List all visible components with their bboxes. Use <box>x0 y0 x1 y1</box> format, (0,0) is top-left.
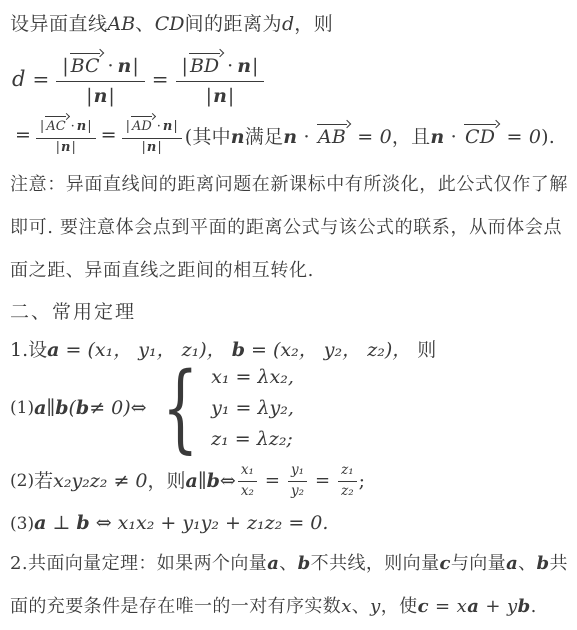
condition-close: ). <box>541 126 555 148</box>
dot-operator: · <box>297 126 316 148</box>
distance-var: d <box>282 13 294 35</box>
scalar-x: x <box>341 596 352 617</box>
ratio-z: z₁z₂ <box>338 462 357 501</box>
abs-bar: | <box>228 85 234 107</box>
thm2-text: ，使 <box>381 596 418 617</box>
abs-bar: | <box>62 54 68 79</box>
thm2-separator: 、 <box>352 596 370 617</box>
system-equation-z: z₁ = λz₂; <box>211 427 294 451</box>
intro-separator: 、 <box>135 13 155 35</box>
note-line-2: 即可. 要注意体会点到平面的距离公式与该公式的联系，从而体会点 <box>10 206 569 249</box>
ratio-x: x₁x₂ <box>238 462 257 501</box>
condition-text-2: ，且 <box>392 126 430 148</box>
vector-b: b <box>55 396 68 421</box>
abs-bar: | <box>86 85 92 107</box>
ratio-x-den: x₂ <box>241 482 254 501</box>
vector-ab: AB <box>317 122 350 147</box>
vector-a: a <box>34 396 46 421</box>
parallel-condition-system: (1)a ∥ b(b ≠ 0) ⇔ { x₁ = λx₂, y₁ = λy₂, … <box>10 364 569 451</box>
ratio-x-num: x₁ <box>238 462 257 483</box>
d-variable: d <box>12 66 25 93</box>
vector-a: a <box>506 553 518 574</box>
vector-c: c <box>439 553 450 574</box>
vector-ad: AD <box>131 115 155 133</box>
normal-vector-n: n <box>94 85 108 107</box>
condition-text-1: 满足 <box>245 126 283 148</box>
equals-sign: = <box>101 123 117 148</box>
line-ab-label: AB <box>108 13 136 35</box>
intro-line: 设异面直线AB、CD间的距离为d，则 <box>10 12 569 37</box>
item2-label: (2) <box>10 470 34 492</box>
normal-vector-n: n <box>61 140 70 155</box>
parallel-sign: ∥ <box>198 469 207 494</box>
thm2-text: 共 <box>550 553 568 574</box>
fraction-bc: |BC·n| |n| <box>56 50 145 109</box>
vector-a: a <box>47 339 59 361</box>
abs-bar: | <box>132 54 138 79</box>
item2-then: ，则 <box>148 469 186 494</box>
condition-open: (其中 <box>185 126 231 148</box>
item3-label: (3) <box>10 514 34 534</box>
distance-formula-row-2: = |AC·n| |n| = |AD·n| |n| (其中n满足n · AB =… <box>10 114 569 157</box>
normal-vector-n: n <box>213 85 227 107</box>
abs-bar: | <box>56 140 60 155</box>
formula-condition: (其中n满足n · AB = 0，且n · CD = 0). <box>185 122 555 150</box>
vector-cd: CD <box>464 122 499 147</box>
vector-a: a <box>267 553 279 574</box>
intro-text-1: 设异面直线 <box>10 13 108 35</box>
vector-b: b <box>76 396 89 421</box>
equals-sign: = <box>152 66 169 92</box>
system-equations: x₁ = λx₂, y₁ = λy₂, z₁ = λz₂; <box>211 365 294 451</box>
document-page: 设异面直线AB、CD间的距离为d，则 d = |BC·n| |n| = |BD·… <box>0 0 577 630</box>
equals-sign: = <box>32 66 49 92</box>
iff-sign: ⇔ <box>220 469 236 494</box>
theorem1-intro: 1.设a = (x₁， y₁， z₁)， b = (x₂， y₂， z₂)， 则 <box>10 338 569 363</box>
vector-b: b <box>207 469 220 494</box>
coplanar-theorem-paragraph: 2.共面向量定理：如果两个向量a、b不共线，则向量c与向量a、b共 面的充要条件… <box>10 542 569 628</box>
perpendicular-condition-line: (3)a ⊥ b ⇔ x₁x₂ + y₁y₂ + z₁z₂ = 0. <box>10 511 569 536</box>
note-paragraph: 注意：异面直线间的距离问题在新课标中有所淡化，此公式仅作了解 即可. 要注意体会… <box>10 163 569 292</box>
left-brace: { <box>162 362 198 453</box>
open-paren: ( <box>68 396 75 421</box>
scalar-y: y <box>370 596 381 617</box>
theorem1-post: 则 <box>411 339 436 361</box>
thm2-separator: 、 <box>518 553 536 574</box>
vector-b-components: = (x₂， y₂， z₂)， <box>245 339 411 361</box>
normal-vector-n: n <box>237 54 251 79</box>
intro-text-3: ，则 <box>294 13 333 35</box>
ratio-y: y₁y₂ <box>288 462 307 501</box>
note-line-1: 注意：异面直线间的距离问题在新课标中有所淡化，此公式仅作了解 <box>10 163 569 206</box>
thm2-equation-y: + y <box>479 596 517 617</box>
vector-b: b <box>232 339 245 361</box>
thm2-text: 面的充要条件是存在唯一的一对有序实数 <box>10 596 341 617</box>
ratio-z-num: z₁ <box>338 462 357 483</box>
normal-vector-n: n <box>283 126 297 148</box>
item2-pre: 若 <box>34 469 53 494</box>
vector-c: c <box>418 596 429 617</box>
thm2-text: 不共线，则向量 <box>311 553 440 574</box>
normal-vector-n: n <box>231 126 245 148</box>
abs-bar: | <box>126 119 130 136</box>
dot-product-expansion: x₁x₂ + y₁y₂ + z₁z₂ = 0. <box>118 512 329 534</box>
abs-bar: | <box>206 85 212 107</box>
vector-a: a <box>34 512 46 534</box>
equals-zero: = 0 <box>500 126 541 148</box>
abs-bar: | <box>72 140 76 155</box>
item2-condition: x₂y₂z₂ ≠ 0 <box>53 469 147 494</box>
equals-sign: = <box>265 469 280 492</box>
thm2-equation-x: = x <box>429 596 467 617</box>
theorem1-pre: 1.设 <box>10 339 47 361</box>
item1-label: (1) <box>10 397 34 419</box>
vector-b: b <box>518 596 531 617</box>
dot-operator: · <box>71 119 75 136</box>
note-line-3: 面之距、异面直线之距间的相互转化. <box>10 249 569 292</box>
iff-sign: ⇔ <box>131 396 147 421</box>
normal-vector-n: n <box>147 140 156 155</box>
vector-a: a <box>467 596 479 617</box>
normal-vector-n: n <box>77 119 86 136</box>
thm2-text: 与向量 <box>451 553 506 574</box>
ratio-z-den: z₂ <box>341 482 354 501</box>
distance-formula-row-1: d = |BC·n| |n| = |BD·n| |n| <box>12 50 569 109</box>
abs-bar: | <box>157 140 161 155</box>
iff-sign: ⇔ <box>90 512 118 534</box>
perp-sign: ⊥ <box>46 512 76 534</box>
normal-vector-n: n <box>118 54 132 79</box>
abs-bar: | <box>40 119 44 136</box>
semicolon: ; <box>359 469 365 494</box>
vector-bc: BC <box>70 51 104 76</box>
abs-bar: | <box>108 85 114 107</box>
thm2-separator: 、 <box>279 553 297 574</box>
abs-bar: | <box>182 54 188 79</box>
vector-a-components: = (x₁， y₁， z₁)， <box>59 339 225 361</box>
vector-a: a <box>186 469 198 494</box>
equals-sign: = <box>315 469 330 492</box>
vector-b: b <box>76 512 89 534</box>
dot-operator: · <box>444 126 463 148</box>
dot-operator: · <box>107 54 113 79</box>
vector-b: b <box>537 553 550 574</box>
nonzero-condition: ≠ 0) <box>89 396 130 421</box>
coplanar-theorem-line-2: 面的充要条件是存在唯一的一对有序实数x、y，使c = xa + yb. <box>10 585 569 628</box>
abs-bar: | <box>87 119 91 136</box>
vector-ac: AC <box>45 115 68 133</box>
fraction-ac: |AC·n| |n| <box>36 114 96 157</box>
vector-b: b <box>298 553 311 574</box>
line-cd-label: CD <box>155 13 185 35</box>
thm2-text: 2.共面向量定理：如果两个向量 <box>10 553 267 574</box>
abs-bar: | <box>173 119 177 136</box>
equals-zero: = 0 <box>351 126 392 148</box>
parallel-sign: ∥ <box>46 396 55 421</box>
normal-vector-n: n <box>163 119 172 136</box>
abs-bar: | <box>142 140 146 155</box>
fraction-bd: |BD·n| |n| <box>176 50 265 109</box>
ratio-condition-line: (2)若x₂y₂z₂ ≠ 0，则a ∥ b ⇔ x₁x₂ = y₁y₂ = z₁… <box>10 462 569 501</box>
intro-text-2: 间的距离为 <box>185 13 283 35</box>
ratio-y-den: y₂ <box>291 482 304 501</box>
section-heading: 二、常用定理 <box>10 300 569 325</box>
system-equation-y: y₁ = λy₂, <box>211 396 294 420</box>
dot-operator: · <box>227 54 233 79</box>
ratio-y-num: y₁ <box>288 462 307 483</box>
fraction-ad: |AD·n| |n| <box>122 114 182 157</box>
dot-operator: · <box>157 119 161 136</box>
coplanar-theorem-line-1: 2.共面向量定理：如果两个向量a、b不共线，则向量c与向量a、b共 <box>10 542 569 585</box>
abs-bar: | <box>252 54 258 79</box>
equals-sign: = <box>15 123 31 148</box>
period: . <box>531 596 537 617</box>
vector-bd: BD <box>189 51 223 76</box>
system-equation-x: x₁ = λx₂, <box>211 365 294 389</box>
normal-vector-n: n <box>430 126 444 148</box>
